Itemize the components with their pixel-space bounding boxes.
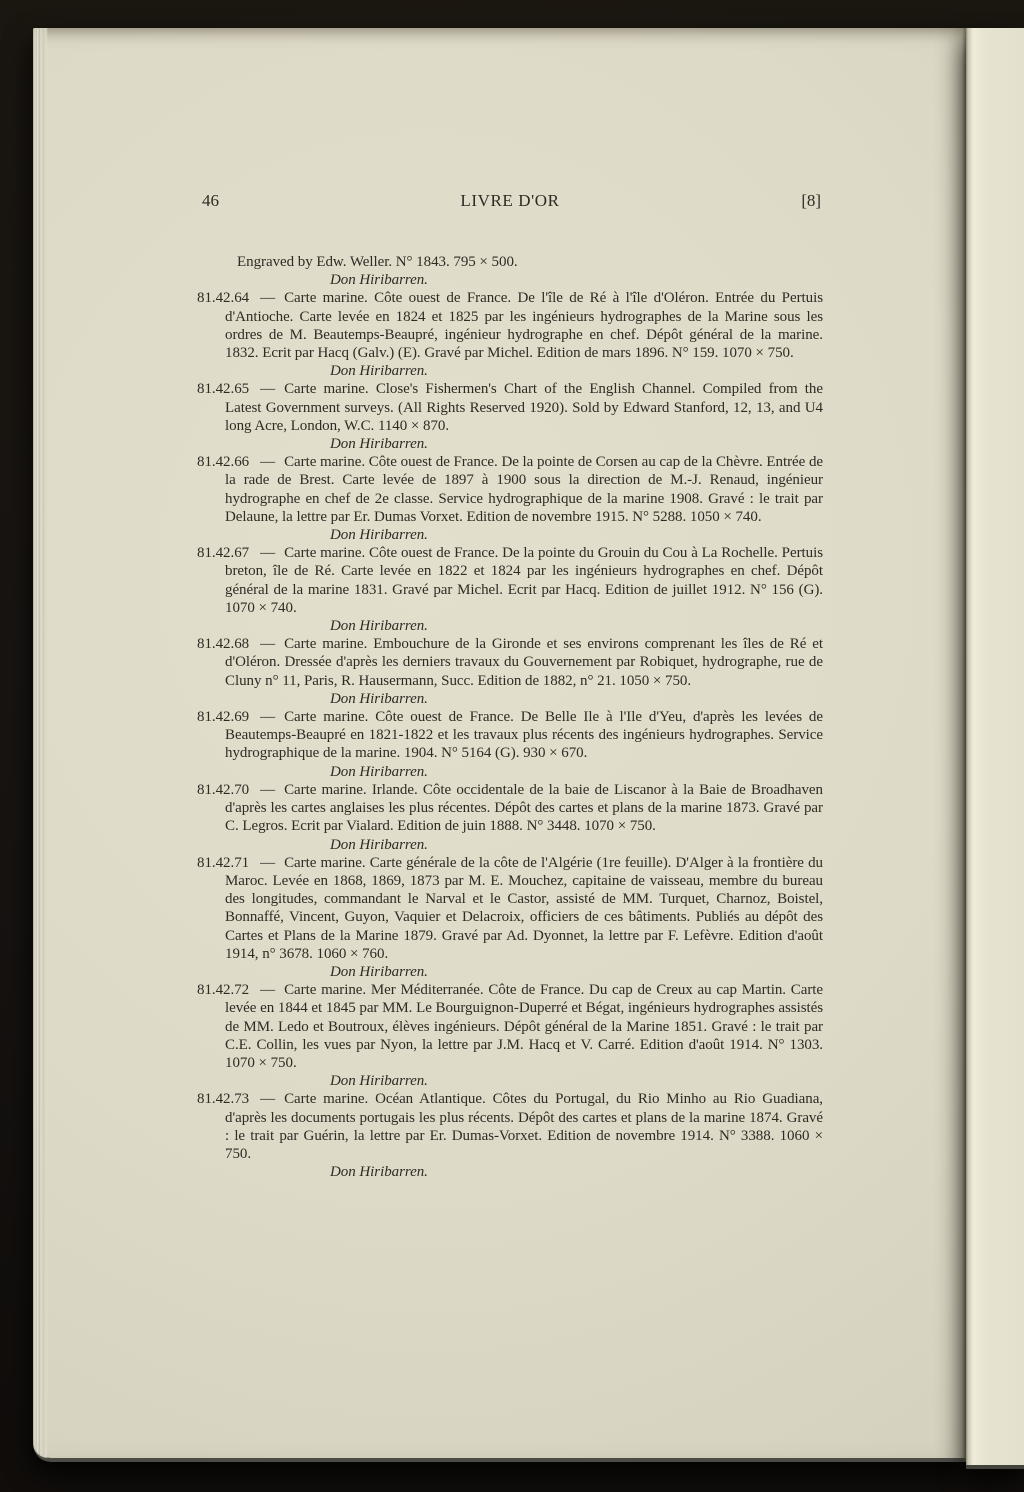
entry-number: 81.42.67: [197, 545, 249, 561]
catalog-entry: 81.42.73—Carte marine. Océan Atlantique.…: [197, 1090, 823, 1181]
entry-paragraph: 81.42.64—Carte marine. Côte ouest de Fra…: [197, 289, 823, 362]
entry-description: Carte marine. Irlande. Côte occidentale …: [225, 782, 823, 834]
donor-credit: Don Hiribarren.: [330, 526, 823, 544]
entry-dash: —: [260, 709, 275, 725]
donor-credit: Don Hiribarren.: [330, 617, 823, 635]
page-content: 46 LIVRE D'OR [8] Engraved by Edw. Welle…: [197, 191, 823, 1181]
catalog-entry: 81.42.65—Carte marine. Close's Fishermen…: [197, 380, 823, 453]
entry-number: 81.42.69: [197, 709, 249, 725]
entry-dash: —: [260, 982, 275, 998]
entry-paragraph: 81.42.72—Carte marine. Mer Méditerranée.…: [197, 981, 823, 1072]
entry-dash: —: [260, 545, 275, 561]
facing-page-edge: [966, 28, 1024, 1465]
catalog-entry: 81.42.72—Carte marine. Mer Méditerranée.…: [197, 981, 823, 1090]
entry-paragraph: 81.42.71—Carte marine. Carte générale de…: [197, 854, 823, 963]
donor-credit: Don Hiribarren.: [330, 1163, 823, 1181]
catalog-entry: 81.42.71—Carte marine. Carte générale de…: [197, 854, 823, 981]
entry-description: Carte marine. Côte ouest de France. De l…: [225, 290, 823, 361]
entry-number: 81.42.73: [197, 1091, 249, 1107]
catalog-entry: 81.42.67—Carte marine. Côte ouest de Fra…: [197, 544, 823, 635]
entry-number: 81.42.71: [197, 855, 249, 871]
catalog-entry: 81.42.66—Carte marine. Côte ouest de Fra…: [197, 453, 823, 544]
entry-paragraph: 81.42.70—Carte marine. Irlande. Côte occ…: [197, 781, 823, 836]
entry-description: Carte marine. Close's Fishermen's Chart …: [225, 381, 823, 433]
donor-credit: Don Hiribarren.: [330, 362, 823, 380]
entry-dash: —: [260, 782, 275, 798]
catalog-entry: 81.42.69—Carte marine. Côte ouest de Fra…: [197, 708, 823, 781]
donor-credit: Don Hiribarren.: [330, 435, 823, 453]
entry-number: 81.42.65: [197, 381, 249, 397]
entry-description: Carte marine. Embouchure de la Gironde e…: [225, 636, 823, 688]
entry-number: 81.42.64: [197, 290, 249, 306]
entry-paragraph: 81.42.67—Carte marine. Côte ouest de Fra…: [197, 544, 823, 617]
running-title: LIVRE D'OR: [460, 191, 559, 211]
entry-paragraph: 81.42.66—Carte marine. Côte ouest de Fra…: [197, 453, 823, 526]
entry-description: Carte marine. Côte ouest de France. De l…: [225, 545, 823, 616]
entry-number: 81.42.68: [197, 636, 249, 652]
entries-list: 81.42.64—Carte marine. Côte ouest de Fra…: [197, 289, 823, 1181]
donor-credit: Don Hiribarren.: [330, 690, 823, 708]
entry-description: Carte marine. Côte ouest de France. De B…: [225, 709, 823, 761]
running-head: 46 LIVRE D'OR [8]: [197, 191, 823, 211]
entry-dash: —: [260, 636, 275, 652]
catalog-entry: 81.42.70—Carte marine. Irlande. Côte occ…: [197, 781, 823, 854]
carryover-entry: Engraved by Edw. Weller. N° 1843. 795 × …: [197, 253, 823, 289]
catalog-entry: 81.42.68—Carte marine. Embouchure de la …: [197, 635, 823, 708]
entry-dash: —: [260, 855, 275, 871]
entry-paragraph: 81.42.68—Carte marine. Embouchure de la …: [197, 635, 823, 690]
entry-dash: —: [260, 381, 275, 397]
page-number: 46: [197, 191, 460, 211]
donor-credit: Don Hiribarren.: [330, 1072, 823, 1090]
entry-paragraph: 81.42.69—Carte marine. Côte ouest de Fra…: [197, 708, 823, 763]
catalog-entry: 81.42.64—Carte marine. Côte ouest de Fra…: [197, 289, 823, 380]
entry-description: Carte marine. Carte générale de la côte …: [225, 855, 823, 962]
entry-paragraph: 81.42.73—Carte marine. Océan Atlantique.…: [197, 1090, 823, 1163]
donor-credit: Don Hiribarren.: [330, 963, 823, 981]
entry-paragraph: 81.42.65—Carte marine. Close's Fishermen…: [197, 380, 823, 435]
entry-description: Carte marine. Côte ouest de France. De l…: [225, 454, 823, 525]
donor-credit: Don Hiribarren.: [330, 836, 823, 854]
entry-description: Carte marine. Océan Atlantique. Côtes du…: [225, 1091, 823, 1162]
entry-dash: —: [260, 454, 275, 470]
entry-dash: —: [260, 1091, 275, 1107]
entry-description: Carte marine. Mer Méditerranée. Côte de …: [225, 982, 823, 1071]
donor-credit: Don Hiribarren.: [330, 763, 823, 781]
donor-credit: Don Hiribarren.: [330, 271, 823, 289]
carryover-text: Engraved by Edw. Weller. N° 1843. 795 × …: [237, 253, 823, 271]
entry-dash: —: [260, 290, 275, 306]
page-edge-stack: [33, 28, 48, 1458]
folio-reference: [8]: [560, 191, 823, 211]
entry-number: 81.42.72: [197, 982, 249, 998]
scanned-book-photo: { "header": { "page_number": "46", "runn…: [0, 0, 1024, 1492]
book-page: 46 LIVRE D'OR [8] Engraved by Edw. Welle…: [33, 28, 966, 1458]
entry-number: 81.42.66: [197, 454, 249, 470]
entry-number: 81.42.70: [197, 782, 249, 798]
